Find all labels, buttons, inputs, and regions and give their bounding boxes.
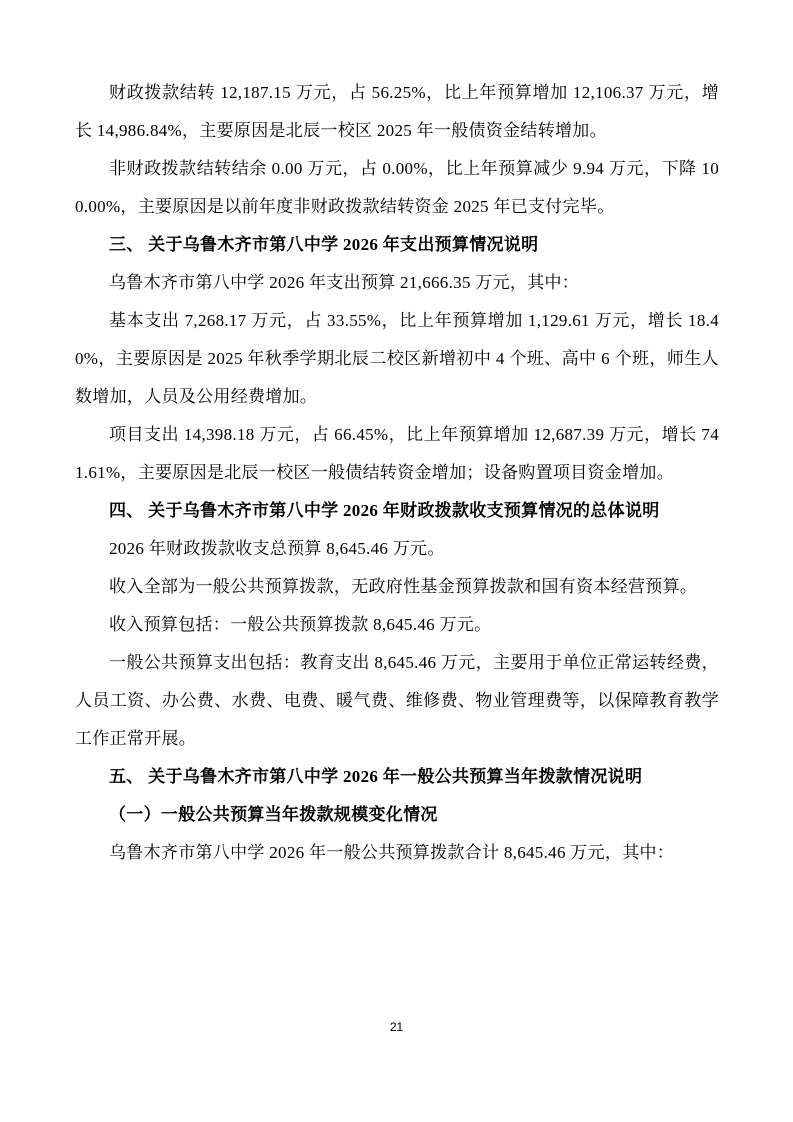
paragraph-public-budget-total: 乌鲁木齐市第八中学 2026 年一般公共预算拨款合计 8,645.46 万元，其… xyxy=(75,834,719,872)
paragraph-expenditure-total: 乌鲁木齐市第八中学 2026 年支出预算 21,666.35 万元，其中： xyxy=(75,264,719,302)
paragraph-project-expenditure: 项目支出 14,398.18 万元，占 66.45%，比上年预算增加 12,68… xyxy=(75,416,719,492)
paragraph-public-budget-expense: 一般公共预算支出包括：教育支出 8,645.46 万元，主要用于单位正常运转经费… xyxy=(75,644,719,758)
paragraph-fiscal-budget-total: 2026 年财政拨款收支总预算 8,645.46 万元。 xyxy=(75,530,719,568)
document-page: 财政拨款结转 12,187.15 万元，占 56.25%，比上年预算增加 12,… xyxy=(0,0,793,1122)
page-number: 21 xyxy=(390,1020,403,1034)
section-heading-5: 五、 关于乌鲁木齐市第八中学 2026 年一般公共预算当年拨款情况说明 xyxy=(75,758,719,796)
paragraph-basic-expenditure: 基本支出 7,268.17 万元，占 33.55%，比上年预算增加 1,129.… xyxy=(75,302,719,416)
section-heading-4: 四、 关于乌鲁木齐市第八中学 2026 年财政拨款收支预算情况的总体说明 xyxy=(75,492,719,530)
paragraph-income-source: 收入全部为一般公共预算拨款，无政府性基金预算拨款和国有资本经营预算。 xyxy=(75,568,719,606)
subsection-heading-5-1: （一）一般公共预算当年拨款规模变化情况 xyxy=(75,796,719,834)
document-body: 财政拨款结转 12,187.15 万元，占 56.25%，比上年预算增加 12,… xyxy=(75,74,719,872)
paragraph-income-budget: 收入预算包括：一般公共预算拨款 8,645.46 万元。 xyxy=(75,606,719,644)
section-heading-3: 三、 关于乌鲁木齐市第八中学 2026 年支出预算情况说明 xyxy=(75,226,719,264)
paragraph-nonfiscal-carryover: 非财政拨款结转结余 0.00 万元，占 0.00%，比上年预算减少 9.94 万… xyxy=(75,150,719,226)
paragraph-fiscal-carryover: 财政拨款结转 12,187.15 万元，占 56.25%，比上年预算增加 12,… xyxy=(75,74,719,150)
page-footer: 21 xyxy=(0,1020,793,1034)
